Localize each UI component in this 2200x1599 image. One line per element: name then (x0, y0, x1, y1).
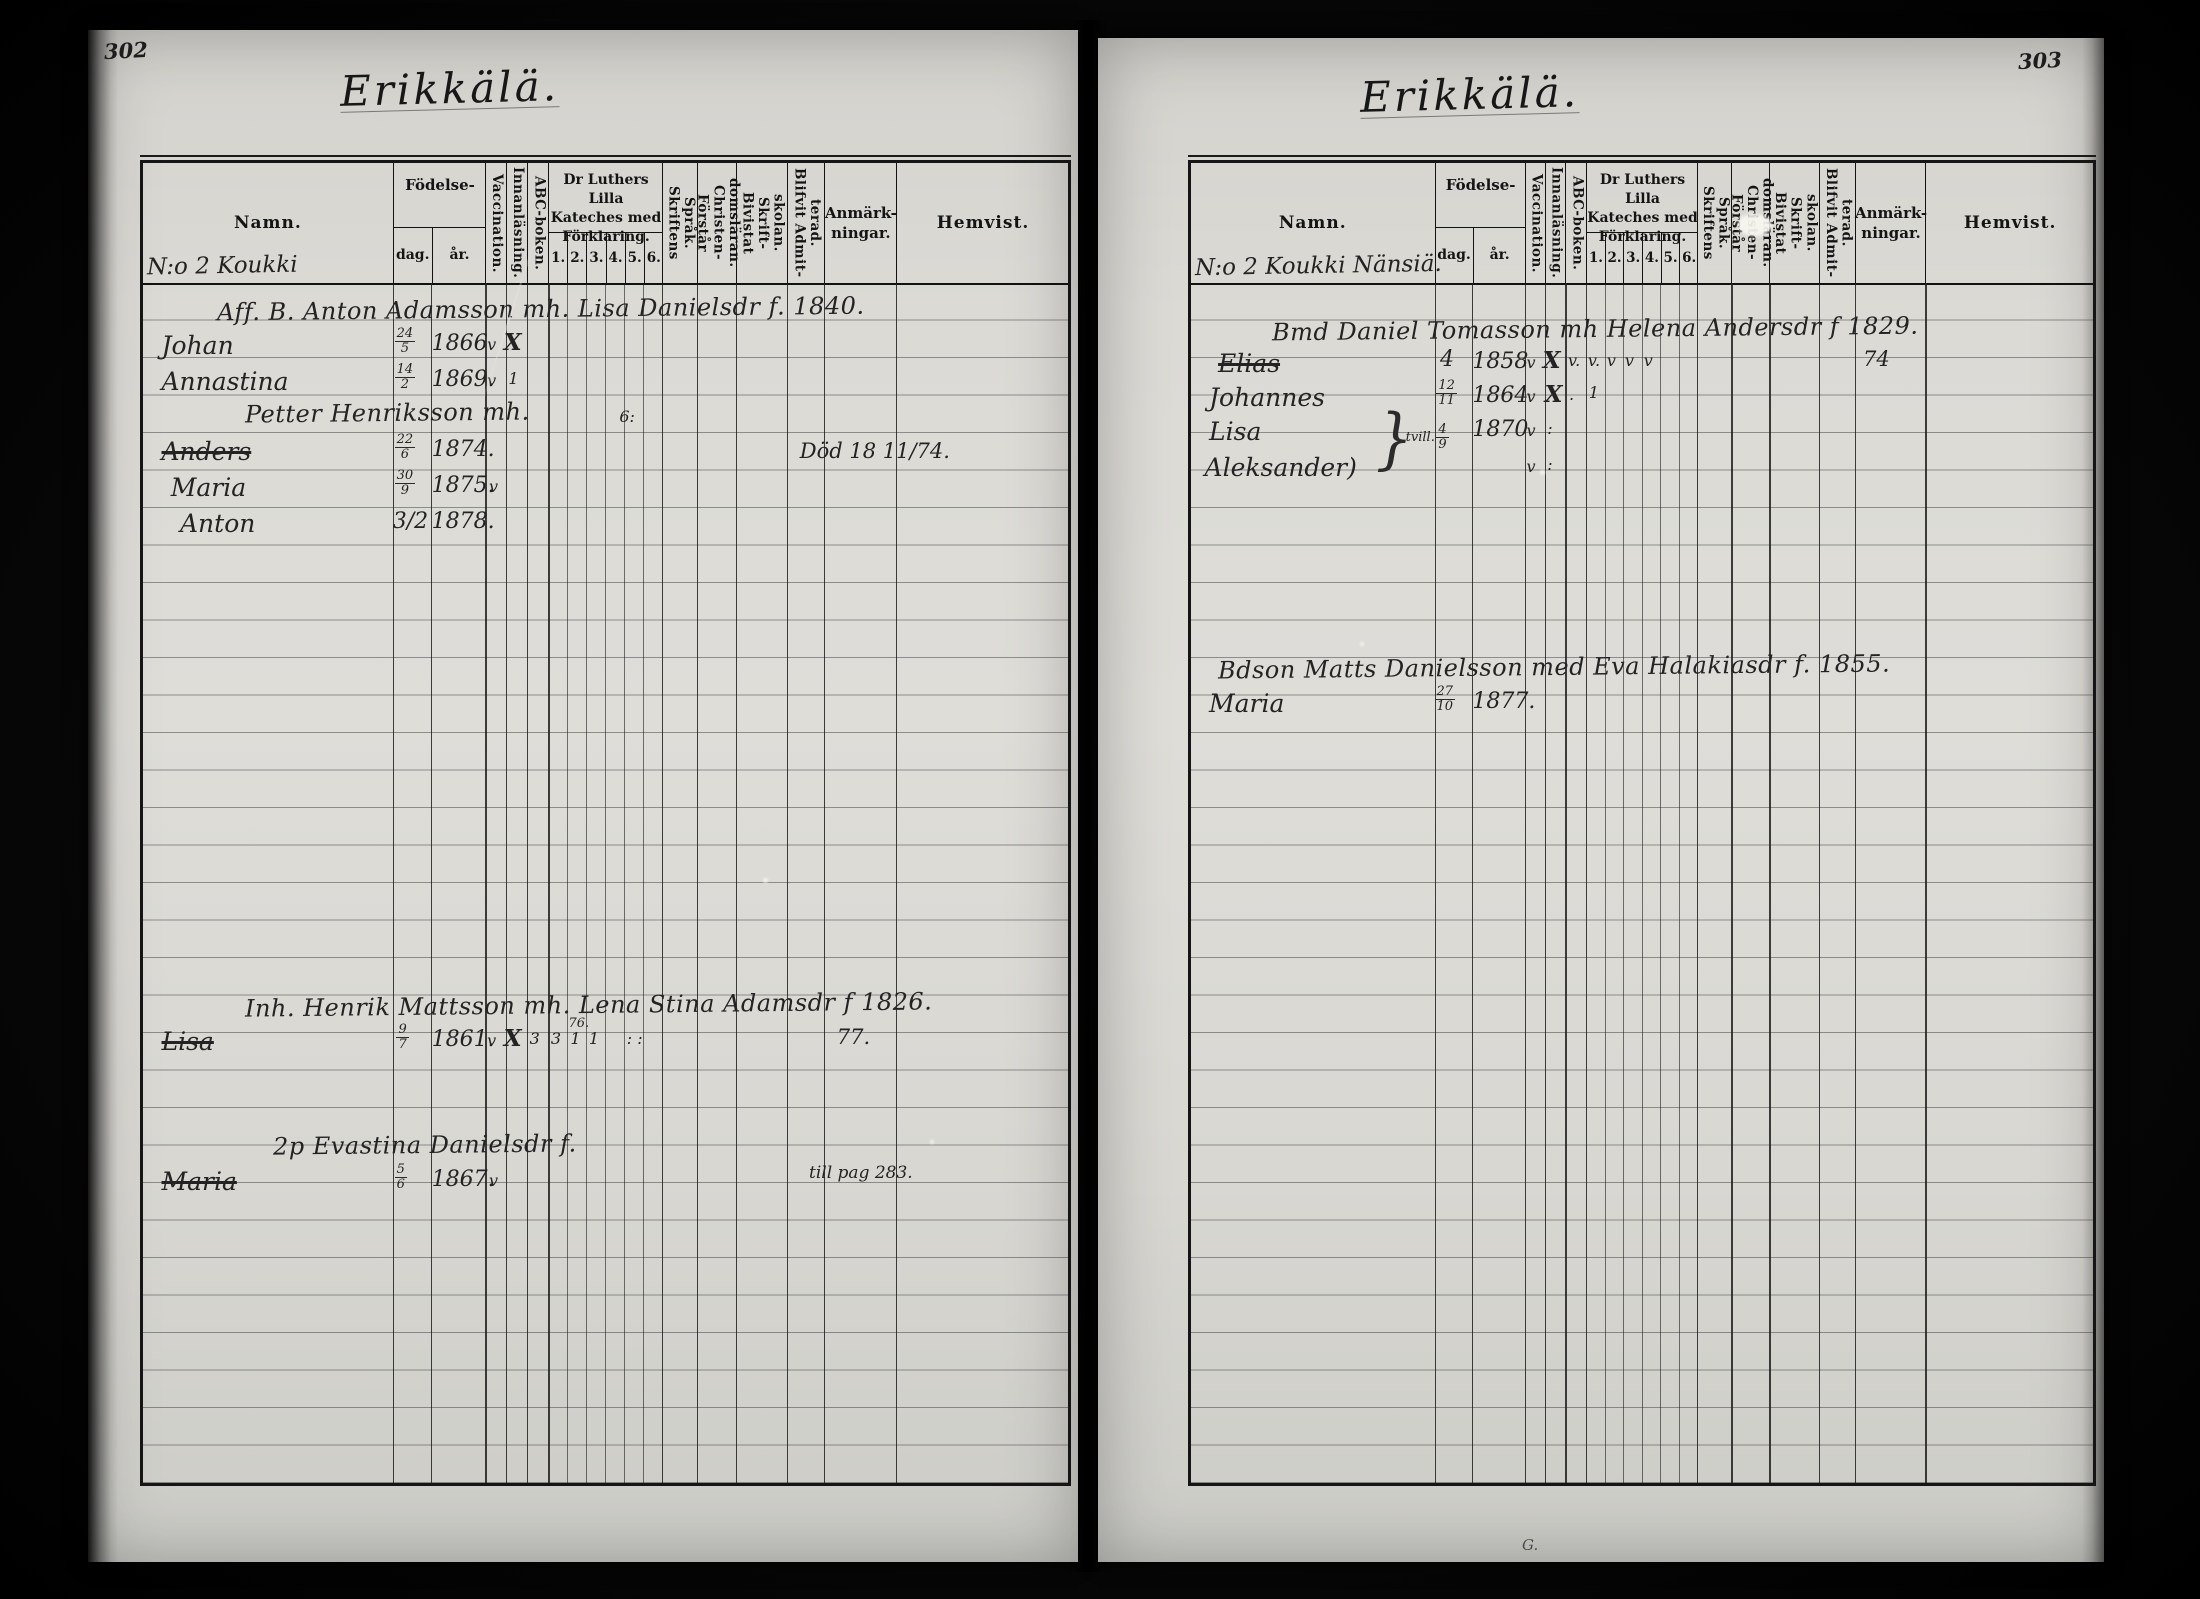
column-rule (1586, 283, 1587, 1483)
column-rule (662, 283, 663, 1483)
column-rule (1545, 283, 1546, 1483)
handwritten-dag: 4 (1440, 349, 1454, 371)
handwritten-namn: Petter Henriksson mh. (245, 400, 530, 427)
handwritten-namn: Bmd Daniel Tomasson mh Helena Andersdr f… (1272, 314, 1919, 345)
handwritten-kateches: 6: (619, 409, 635, 425)
handwritten-ar: 1866 (432, 333, 488, 355)
column-rule (1565, 283, 1566, 1483)
column-rule (393, 283, 394, 1483)
column-rule (1697, 283, 1698, 1483)
handwritten-anmarkningar: 77. (837, 1027, 870, 1048)
column-header-anmarkningar: Anmärk- ningar. (1855, 163, 1926, 283)
right-page: 303 Erikkälä. Namn. N:o 2 Koukki Nänsiä.… (1098, 38, 2104, 1562)
handwritten-kateches: v (1607, 353, 1616, 369)
left-page-binding-edge (88, 30, 118, 1562)
handwritten-dag: 3/2 (393, 511, 428, 533)
column-header-abc-boken: ABC-boken. (527, 163, 549, 283)
handwritten-vaccination: v (1527, 459, 1536, 475)
handwritten-kateches: 1 (589, 1031, 599, 1047)
handwritten-vaccination: v (1527, 389, 1536, 405)
column-header-fodelse: Födelse- dag. år. (1435, 163, 1526, 283)
column-rule (485, 283, 486, 1483)
column-rule (527, 283, 528, 1483)
handwritten-dag: 226 (395, 433, 416, 461)
page-number: 303 (2018, 47, 2063, 74)
handwritten-ar: 1874. (432, 439, 495, 461)
handwritten-namn: Lisa (162, 1029, 214, 1054)
handwritten-innanlasning: : (1547, 421, 1552, 437)
column-header-vaccination: Vaccination. (485, 163, 506, 283)
handwritten-dag: 49 (1436, 423, 1448, 451)
handwritten-dag: 56 (395, 1163, 407, 1191)
handwritten-vaccination: v (487, 337, 496, 353)
column-header-dag: dag. (394, 227, 432, 283)
handwritten-innanlasning: X (504, 1027, 522, 1050)
table-body: Aff. B. Anton Adamsson mh. Lisa Danielsd… (143, 283, 1068, 1483)
column-rule-sub (624, 283, 625, 1483)
column-rule (431, 283, 432, 1483)
handwritten-namn: Aff. B. Anton Adamsson mh. Lisa Danielsd… (217, 294, 865, 325)
column-rule (1731, 283, 1732, 1483)
column-rule (896, 283, 897, 1483)
handwritten-dag: 245 (395, 327, 416, 355)
kateches-subcolumns: 1. 2. 3. 4. 5. 6. (549, 232, 663, 283)
handwritten-namn: Bdson Matts Danielsson med Eva Halakiasd… (1218, 651, 1890, 682)
handwritten-namn: Anders (162, 439, 252, 464)
handwritten-vaccination: v (489, 1173, 498, 1189)
handwritten-abc_boken: v. (1568, 353, 1580, 369)
column-rule-sub (567, 283, 568, 1483)
village-label: N:o 2 Koukki (147, 252, 298, 281)
handwritten-innanlasning: : (1547, 457, 1552, 473)
handwritten-innanlasning: 1 (508, 371, 518, 387)
column-header-bivistat: Bivistat Skrift- skolan. (736, 163, 788, 283)
column-header-hemvist: Hemvist. (1925, 163, 2094, 283)
handwritten-ar: 1858 (1472, 351, 1528, 373)
handwritten-namn: tvill. (1406, 431, 1435, 444)
handwritten-ar: 1875. (432, 475, 495, 497)
column-rule (1769, 283, 1770, 1483)
column-rule (824, 283, 825, 1483)
handwritten-dag: 309 (395, 469, 416, 497)
handwritten-abc_boken: 3 (530, 1031, 540, 1047)
handwritten-dag: 1211 (1436, 379, 1457, 407)
corner-mark: G. (1522, 1536, 1538, 1554)
page-number: 302 (103, 37, 148, 64)
handwritten-ar: 1864 (1472, 385, 1528, 407)
handwritten-kateches: v (1644, 353, 1653, 369)
handwritten-namn: Anton (180, 511, 255, 536)
column-rule (736, 283, 737, 1483)
column-header-hemvist: Hemvist. (896, 163, 1069, 283)
handwritten-vaccination: v (1527, 423, 1536, 439)
handwritten-namn: Maria (171, 475, 246, 500)
handwritten-namn: 2p Evastina Danielsdr f. (272, 1131, 576, 1158)
column-rule (1819, 283, 1820, 1483)
column-rule (697, 283, 698, 1483)
handwritten-anmarkningar: 74 (1863, 349, 1890, 370)
handwritten-abc_boken: . (1569, 387, 1574, 403)
handwritten-kateches: 1 (570, 1031, 580, 1047)
column-rule (1925, 283, 1926, 1483)
table-header: Namn. N:o 2 Koukki Nänsiä. Födelse- dag.… (1191, 163, 2093, 285)
handwritten-namn: Annastina (162, 369, 289, 394)
column-header-skriftens-sprak: Skriftens Språk. (662, 163, 698, 283)
handwritten-dag: 97 (396, 1023, 408, 1051)
handwritten-kateches: 1 (1589, 385, 1599, 401)
column-header-bivistat: Bivistat Skrift- skolan. (1769, 163, 1820, 283)
column-header-kateches: Dr Luthers Lilla Kateches med Förklaring… (548, 163, 663, 283)
column-header-abc-boken: ABC-boken. (1565, 163, 1587, 283)
handwritten-vaccination: v (1527, 355, 1536, 371)
column-rule-sub (1679, 283, 1680, 1483)
handwritten-namn: Elias (1218, 351, 1280, 376)
handwritten-namn: Maria (1209, 691, 1284, 716)
handwritten-namn: Maria (162, 1169, 237, 1194)
column-rule (548, 283, 549, 1483)
column-header-ar: år. (432, 227, 487, 283)
column-rule (506, 283, 507, 1483)
handwritten-kateches: 3 (551, 1031, 561, 1047)
handwritten-innanlasning: X (1545, 383, 1563, 406)
column-rule (787, 283, 788, 1483)
handwritten-dag: 2710 (1435, 685, 1456, 713)
column-rule-sub (643, 283, 644, 1483)
handwritten-anmarkningar: Död 18 11/74. (800, 441, 950, 462)
handwritten-ar: 1878. (432, 511, 495, 533)
handwritten-vaccination: v (487, 1033, 496, 1049)
table-body: Bmd Daniel Tomasson mh Helena Andersdr f… (1191, 283, 2093, 1483)
handwritten-anmarkningar: till pag 283. (809, 1165, 913, 1182)
column-header-anmarkningar: Anmärk- ningar. (824, 163, 897, 283)
handwritten-namn: Johan (162, 333, 234, 358)
handwritten-namn: Aleksander) (1205, 455, 1357, 480)
page-title: Erikkälä. (339, 61, 559, 113)
column-header-dag: dag. (1436, 227, 1473, 283)
handwritten-namn: Johannes (1209, 385, 1325, 410)
column-rule-sub (1660, 283, 1661, 1483)
handwritten-innanlasning: X (504, 331, 522, 354)
left-page: 302 Erikkälä. Namn. N:o 2 Koukki Födelse… (88, 30, 1078, 1562)
column-rule-sub (586, 283, 587, 1483)
record-table: Namn. N:o 2 Koukki Nänsiä. Födelse- dag.… (1188, 160, 2096, 1486)
column-header-namn: Namn. N:o 2 Koukki (143, 163, 393, 283)
column-rule-sub (1623, 283, 1624, 1483)
handwritten-namn: Lisa (1209, 419, 1261, 444)
handwritten-innanlasning: X (1543, 349, 1561, 372)
page-title: Erikkälä. (1359, 67, 1579, 119)
handwritten-kateches: : : (627, 1031, 643, 1047)
kateches-subcolumns: 1. 2. 3. 4. 5. 6. (1587, 232, 1698, 283)
village-label: N:o 2 Koukki Nänsiä. (1194, 251, 1441, 281)
column-rule-sub (605, 283, 606, 1483)
column-header-innanlasning: Innanläsning. (1545, 163, 1567, 283)
column-header-blifvit: Blifvit Admit- terad. (1819, 163, 1856, 283)
handwritten-kateches: v. (1588, 353, 1600, 369)
record-table: Namn. N:o 2 Koukki Födelse- dag. år. Vac… (140, 160, 1071, 1486)
column-header-kateches: Dr Luthers Lilla Kateches med Förklaring… (1586, 163, 1698, 283)
column-rule (1435, 283, 1436, 1483)
column-header-ar: år. (1473, 227, 1526, 283)
column-header-namn: Namn. N:o 2 Koukki Nänsiä. (1191, 163, 1435, 283)
column-header-blifvit: Blifvit Admit- terad. (787, 163, 825, 283)
column-rule-sub (1642, 283, 1643, 1483)
column-header-fodelse: Födelse- dag. år. (393, 163, 487, 283)
column-rule-sub (1605, 283, 1606, 1483)
table-header: Namn. N:o 2 Koukki Födelse- dag. år. Vac… (143, 163, 1068, 285)
handwritten-ar: 1870 (1472, 419, 1528, 441)
handwritten-ar: 1867. (432, 1169, 495, 1191)
column-rule (1855, 283, 1856, 1483)
scanned-book-spread: 302 Erikkälä. Namn. N:o 2 Koukki Födelse… (0, 0, 2200, 1599)
column-header-forstar: Förstår Christen- domsläran. (697, 163, 737, 283)
handwritten-vaccination: v (489, 479, 498, 495)
handwritten-kateches: v (1625, 353, 1634, 369)
column-header-vaccination: Vaccination. (1525, 163, 1546, 283)
column-rule (1472, 283, 1473, 1483)
handwritten-ar: 1877. (1472, 691, 1535, 713)
handwritten-dag: 142 (395, 363, 416, 391)
handwritten-ar: 1861. (432, 1029, 495, 1051)
